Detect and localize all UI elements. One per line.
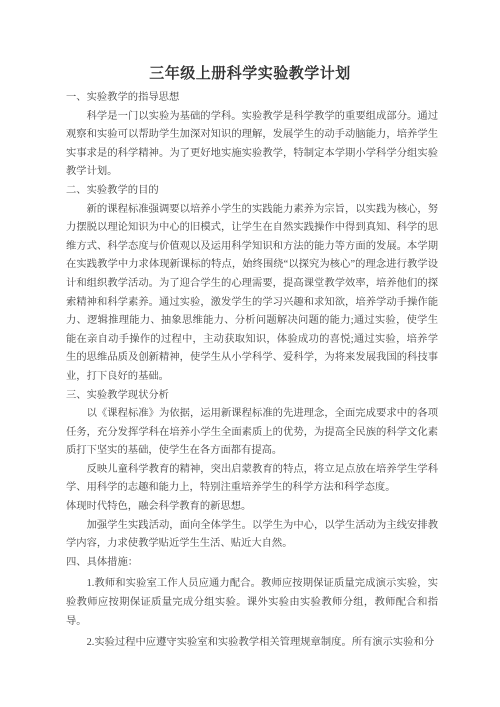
paragraph: 新的课程标准强调要以培养小学生的实践能力素养为宗旨，以实践为核心，努力摆脱以理论…	[66, 201, 438, 387]
paragraph: 加强学生实践活动，面向全体学生。以学生为中心，以学生活动为主线安排教学内容，力求…	[66, 517, 438, 554]
document-title: 三年级上册科学实验教学计划	[0, 63, 500, 85]
paragraph: 以《课程标准》为依据，运用新课程标准的先进理念，全面完成要求中的各项任务，充分发…	[66, 405, 438, 461]
section-heading: 一、实验教学的指导思想	[66, 89, 438, 108]
section-heading: 四、具体措施：	[66, 554, 438, 573]
paragraph: 1.教师和实验室工作人员应通力配合。教师应按期保证质量完成演示实验，实验教师应按…	[66, 575, 438, 631]
section-heading: 三、实验教学现状分析	[66, 387, 438, 406]
paragraph: 2.实验过程中应遵守实验室和实验教学相关管理规章制度。所有演示实验和分	[66, 634, 438, 653]
section-heading: 二、实验教学的目的	[66, 182, 438, 201]
document-page: 三年级上册科学实验教学计划 一、实验教学的指导思想科学是一门以实验为基础的学科。…	[0, 0, 500, 707]
paragraph: 体现时代特色，融会科学教育的新思想。	[66, 498, 438, 517]
paragraph: 反映儿童科学教育的精神，突出启蒙教育的特点，将立足点放在培养学生学科学、用科学的…	[66, 461, 438, 498]
document-body: 一、实验教学的指导思想科学是一门以实验为基础的学科。实验教学是科学教学的重要组成…	[66, 89, 438, 653]
paragraph: 科学是一门以实验为基础的学科。实验教学是科学教学的重要组成部分。通过观察和实验可…	[66, 108, 438, 182]
